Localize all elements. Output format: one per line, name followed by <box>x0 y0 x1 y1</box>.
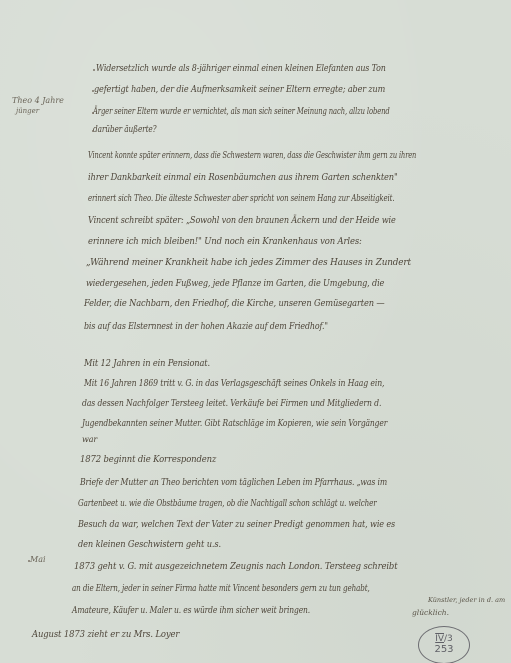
margin-note-line: Mai <box>30 555 46 564</box>
stamp-roman: IV <box>435 634 444 644</box>
manuscript-line: Mit 16 Jahren 1869 tritt v. G. in das Ve… <box>84 378 384 389</box>
ink-dot <box>92 112 94 114</box>
manuscript-line: Briefe der Mutter an Theo berichten vom … <box>80 477 387 488</box>
stamp-bottom: 253 <box>434 644 453 656</box>
manuscript-line: wiedergesehen, jeden Fußweg, jede Pflanz… <box>86 278 384 289</box>
manuscript-line: ihrer Dankbarkeit einmal ein Rosenbäumch… <box>88 172 398 183</box>
interlinear-insert: Künstler, jeder in d. am <box>428 596 505 604</box>
manuscript-line: bis auf das Elsternnest in der hohen Aka… <box>84 321 328 332</box>
insert-line: Künstler, jeder in d. am <box>428 596 505 604</box>
manuscript-line: August 1873 zieht er zu Mrs. Loyer <box>32 629 179 640</box>
manuscript-line: darüber äußerte? <box>93 124 156 135</box>
manuscript-page: Theo 4 Jahre jünger Mai Widersetzlich wu… <box>0 0 511 663</box>
manuscript-line: Vincent konnte später erinnern, dass die… <box>88 150 416 161</box>
ink-dot <box>93 69 95 71</box>
margin-note-theo-age: Theo 4 Jahre jünger <box>12 96 64 116</box>
manuscript-line: erinnert sich Theo. Die älteste Schweste… <box>88 193 394 204</box>
insert-line: glücklich. <box>412 608 449 617</box>
manuscript-line: erinnere ich mich bleiben!" Und noch ein… <box>88 236 362 247</box>
margin-note-line: jünger <box>12 106 64 116</box>
manuscript-line: Vincent schreibt später: „Sowohl von den… <box>88 215 396 226</box>
manuscript-line: „Während meiner Krankheit habe ich jedes… <box>86 257 411 268</box>
manuscript-line: Gartenbeet u. wie die Obstbäume tragen, … <box>78 498 377 509</box>
manuscript-line: Besuch da war, welchen Text der Vater zu… <box>78 519 395 530</box>
archive-stamp: IV/3 253 <box>418 626 470 663</box>
stamp-top: IV/3 <box>435 634 453 644</box>
stamp-fraction: /3 <box>444 634 453 644</box>
manuscript-line: war <box>82 434 97 445</box>
manuscript-line: Felder, die Nachbarn, den Friedhof, die … <box>84 298 385 309</box>
manuscript-line: Jugendbekannten seiner Mutter. Gibt Rats… <box>82 418 387 429</box>
manuscript-line: gefertigt haben, der die Aufmerksamkeit … <box>94 84 385 95</box>
manuscript-line: Amateure, Käufer u. Maler u. es würde ih… <box>72 605 310 616</box>
ink-dot <box>92 130 94 132</box>
manuscript-line: das dessen Nachfolger Tersteeg leitet. V… <box>82 398 381 409</box>
manuscript-line: Ärger seiner Eltern wurde er vernichtet,… <box>93 106 390 117</box>
ink-dot <box>28 560 30 562</box>
margin-note-line: Theo 4 Jahre <box>12 96 64 106</box>
manuscript-line: den kleinen Geschwistern geht u.s. <box>78 539 221 550</box>
margin-note-mai: Mai <box>30 555 46 565</box>
manuscript-line: an die Eltern, jeder in seiner Firma hat… <box>72 583 370 594</box>
manuscript-line: 1873 geht v. G. mit ausgezeichnetem Zeug… <box>74 561 397 572</box>
interlinear-insert-end: glücklich. <box>412 608 449 617</box>
manuscript-line: 1872 beginnt die Korrespondenz <box>80 454 216 465</box>
manuscript-line: Mit 12 Jahren in ein Pensionat. <box>84 358 210 369</box>
ink-dot <box>92 90 94 92</box>
manuscript-line: Widersetzlich wurde als 8-jähriger einma… <box>96 63 386 74</box>
